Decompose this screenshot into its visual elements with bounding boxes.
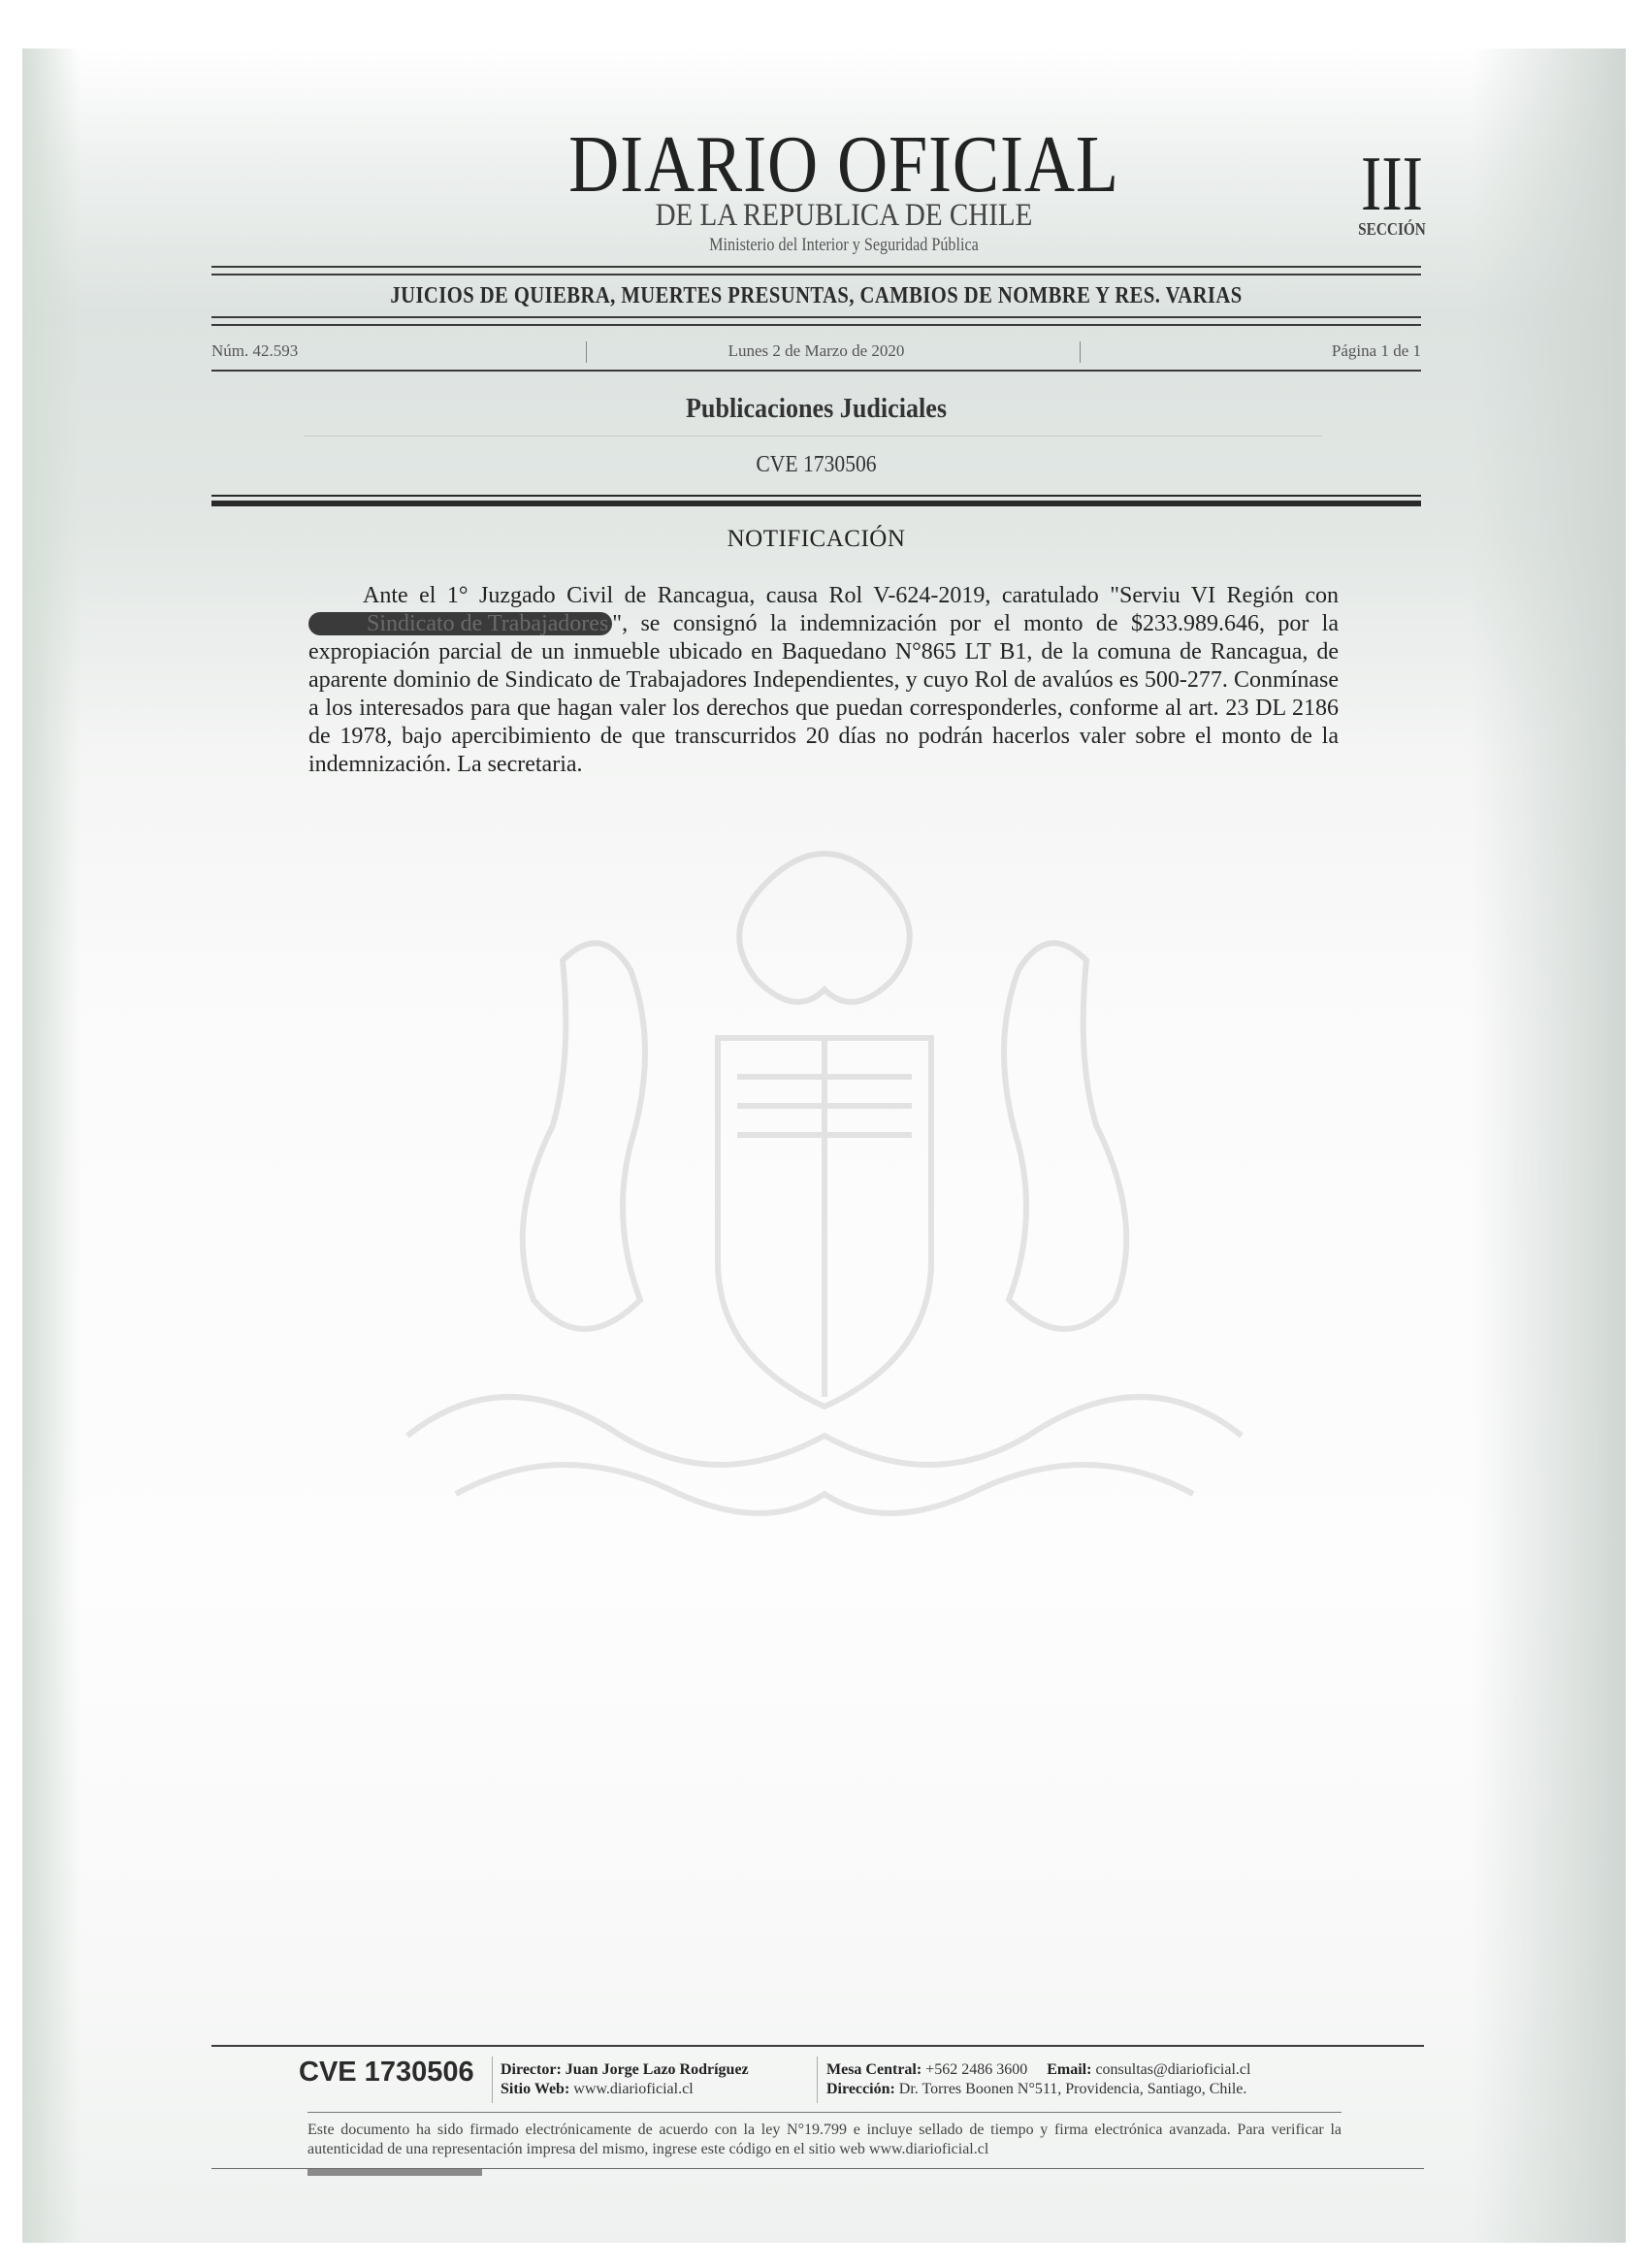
website-link[interactable]: www.diarioficial.cl [573,2081,693,2097]
phone-label: Mesa Central: [826,2061,921,2078]
divider [211,370,1421,372]
divider [307,2112,1342,2113]
divider [211,274,1421,275]
footer-director-block: Director: Juan Jorge Lazo Rodríguez Siti… [501,2060,749,2099]
address-value: Dr. Torres Boonen N°511, Providencia, Sa… [899,2081,1247,2097]
address-label: Dirección: [826,2081,895,2097]
divider [211,316,1421,318]
coat-of-arms-icon [310,815,1339,1571]
section-label: SECCIÓN [1330,219,1454,240]
section-title: JUICIOS DE QUIEBRA, MUERTES PRESUNTAS, C… [296,283,1336,309]
director-label: Director: [501,2061,562,2078]
cve-code: CVE 1730506 [272,452,1360,478]
section-number: III [1342,146,1442,223]
divider [304,436,1322,437]
legal-notice: Este documento ha sido firmado electróni… [307,2121,1342,2159]
masthead-subtitle: DE LA REPUBLICA DE CHILE [477,200,1212,232]
divider [211,324,1421,326]
notice-body-part1: Ante el 1° Juzgado Civil de Rancagua, ca… [363,583,1339,608]
barcode-strip [307,2169,482,2176]
divider [211,2045,1424,2047]
separator [817,2057,818,2103]
masthead-ministry: Ministerio del Interior y Seguridad Públ… [490,236,1199,254]
notice-heading: NOTIFICACIÓN [211,526,1421,553]
publication-type: Publicaciones Judiciales [272,393,1360,425]
director-name: Juan Jorge Lazo Rodríguez [566,2061,749,2078]
divider [211,266,1421,268]
separator [492,2057,493,2103]
issue-date: Lunes 2 de Marzo de 2020 [211,341,1421,361]
masthead-title: DIARIO OFICIAL [485,124,1203,206]
issue-meta-row: Núm. 42.593 Lunes 2 de Marzo de 2020 Pág… [211,338,1421,365]
footer-contact-block: Mesa Central: +562 2486 3600 Email: cons… [826,2060,1250,2099]
email-label: Email: [1047,2061,1091,2078]
email-link[interactable]: consultas@diarioficial.cl [1095,2061,1250,2078]
website-label: Sitio Web: [501,2081,569,2097]
divider [211,501,1421,506]
redaction-mark: Sindicato de Trabajadores [308,612,612,635]
divider [211,495,1421,497]
separator [1080,341,1081,363]
notice-body: Ante el 1° Juzgado Civil de Rancagua, ca… [308,582,1339,779]
phone-number: +562 2486 3600 [925,2061,1027,2078]
page-indicator: Página 1 de 1 [1332,341,1421,361]
footer-cve-code: CVE 1730506 [299,2057,474,2089]
